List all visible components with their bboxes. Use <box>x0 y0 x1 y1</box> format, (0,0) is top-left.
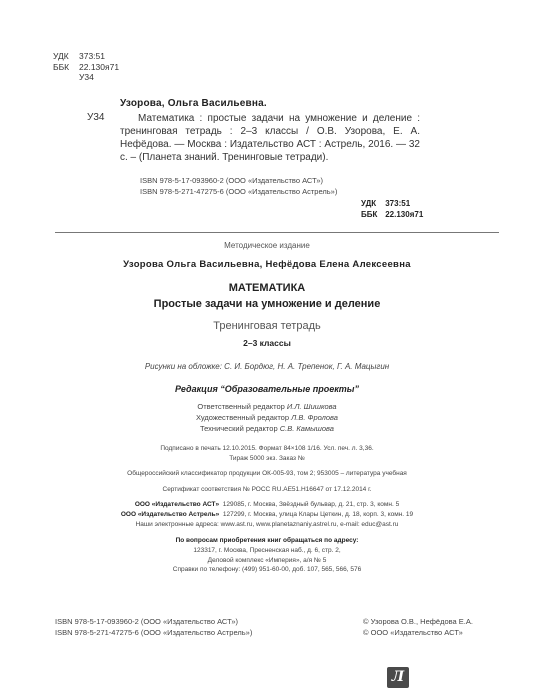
staff-row: Технический редактор С.В. Камышова <box>0 423 534 434</box>
book-title: МАТЕМАТИКА <box>0 282 534 294</box>
isbn-astrel: ISBN 978-5-271-47275-6 (ООО «Издательств… <box>140 187 337 198</box>
certificate: Сертификат соответствия № РОСС RU.АЕ51.Н… <box>0 486 534 493</box>
publisher-row: ООО «Издательство АСТ» 129085, г. Москва… <box>0 500 534 510</box>
udk-block-right: УДК 373:51 ББК 22.130я71 <box>361 199 423 220</box>
bbk-row: ББК 22.130я71 <box>361 210 423 221</box>
staff-row: Художественный редактор Л.В. Фролова <box>0 412 534 423</box>
udk-block-top: УДК373:51 ББК22.130я71 У34 <box>53 51 119 83</box>
staff-row: Ответственный редактор И.Л. Шишкова <box>0 401 534 412</box>
publisher-row: ООО «Издательство Астрель» 127299, г. Мо… <box>0 510 534 520</box>
publisher-addresses: ООО «Издательство АСТ» 129085, г. Москва… <box>0 500 534 519</box>
udk-row: УДК 373:51 <box>361 199 423 210</box>
print-details: Подписано в печать 12.10.2015. Формат 84… <box>0 445 534 452</box>
bbk-row: ББК22.130я71 <box>53 62 119 73</box>
editorial-office: Редакция “Образовательные проекты” <box>0 384 534 394</box>
footer-isbn: ISBN 978-5-17-093960-2 (ООО «Издательств… <box>55 616 252 638</box>
contact-emails: Наши электронные адреса: www.ast.ru, www… <box>0 521 534 528</box>
labirint-logo-icon: Л <box>387 667 409 688</box>
section-divider <box>55 232 499 233</box>
edition-type: Методическое издание <box>0 241 534 250</box>
catalog-code: У34 <box>87 112 104 123</box>
purchase-heading: По вопросам приобретения книг обращаться… <box>0 537 534 544</box>
book-subtitle: Простые задачи на умножение и деление <box>0 298 534 310</box>
cover-art-credits: Рисунки на обложке: С. И. Бордюг, Н. А. … <box>0 362 534 371</box>
copyright-notice: © Узорова О.В., Нефёдова Е.А. © ООО «Изд… <box>363 616 473 638</box>
purchase-address: 123317, г. Москва, Пресненская наб., д. … <box>0 546 534 575</box>
grades: 2–3 классы <box>0 338 534 348</box>
print-run: Тираж 5000 экз. Заказ № <box>0 455 534 462</box>
editorial-staff: Ответственный редактор И.Л. Шишкова Худо… <box>0 401 534 434</box>
authors-full: Узорова Ольга Васильевна, Нефёдова Елена… <box>0 259 534 270</box>
product-classifier: Общероссийский классификатор продукции О… <box>0 470 534 477</box>
isbn-ast: ISBN 978-5-17-093960-2 (ООО «Издательств… <box>140 176 337 187</box>
bibliographic-description: Математика : простые задачи на умножение… <box>120 112 420 164</box>
author-heading: Узорова, Ольга Васильевна. <box>120 98 267 109</box>
book-type: Тренинговая тетрадь <box>0 320 534 332</box>
author-code-row: У34 <box>53 72 119 83</box>
udk-row: УДК373:51 <box>53 51 119 62</box>
isbn-list: ISBN 978-5-17-093960-2 (ООО «Издательств… <box>140 176 337 197</box>
